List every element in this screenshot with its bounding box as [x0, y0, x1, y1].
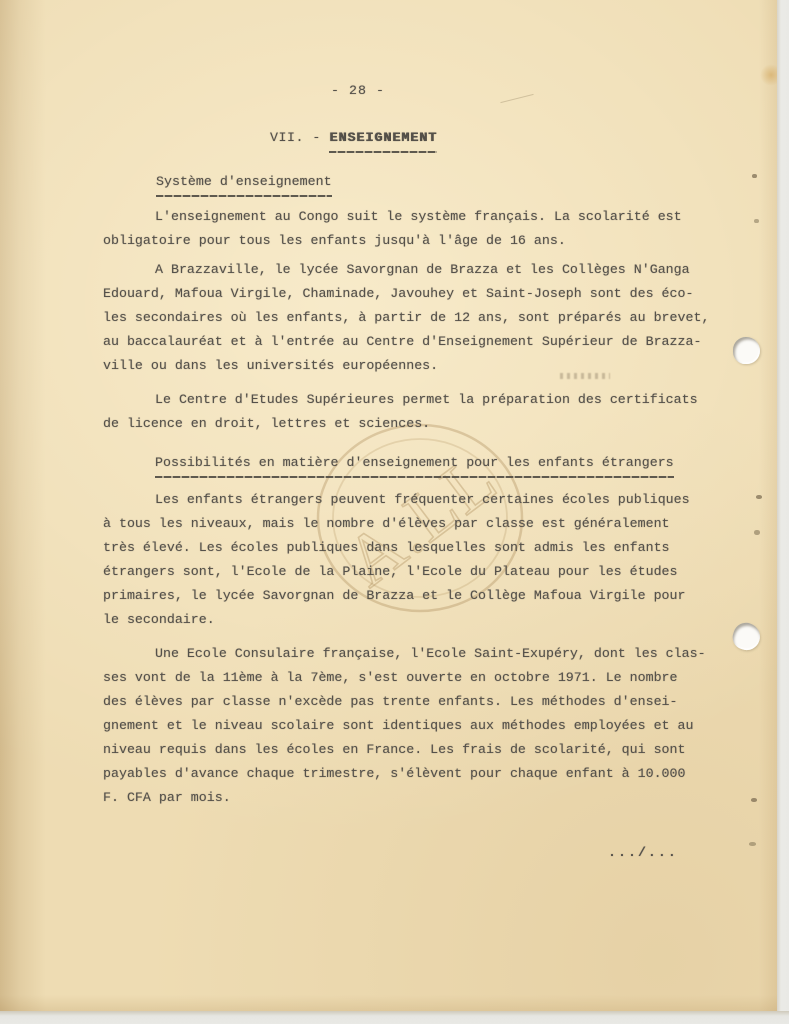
section-heading-systeme: Système d'enseignement [156, 170, 332, 197]
text-line: ville ou dans les universités européenne… [103, 354, 709, 378]
text-line: niveau requis dans les écoles en France.… [103, 738, 706, 762]
text-line: Une Ecole Consulaire française, l'Ecole … [103, 642, 706, 666]
section-heading-label: Possibilités en matière d'enseignement p… [155, 451, 674, 478]
text-line: à tous les niveaux, mais le nombre d'élè… [103, 512, 690, 536]
text-line: des élèves par classe n'excède pas trent… [103, 690, 706, 714]
scanned-document: A.LL - 28 - VII. - ENSEIGNEMENT Système … [0, 0, 789, 1024]
hole-punch-bottom [729, 619, 763, 653]
pencil-speck [754, 219, 759, 223]
paper-page: A.LL - 28 - VII. - ENSEIGNEMENT Système … [0, 0, 777, 1011]
paragraph: A Brazzaville, le lycée Savorgnan de Bra… [103, 258, 709, 378]
pencil-speck [756, 495, 762, 499]
text-line: primaires, le lycée Savorgnan de Brazza … [103, 584, 690, 608]
title-prefix: VII. - [270, 130, 329, 145]
section-heading-possibilites: Possibilités en matière d'enseignement p… [155, 451, 674, 478]
section-heading-label: Système d'enseignement [156, 170, 332, 197]
scanner-background-right [777, 0, 789, 1024]
text-line: payables d'avance chaque trimestre, s'él… [103, 762, 706, 786]
page-title: VII. - ENSEIGNEMENT [270, 126, 437, 153]
text-line: Les enfants étrangers peuvent fréquenter… [103, 488, 690, 512]
text-line: Edouard, Mafoua Virgile, Chaminade, Javo… [103, 282, 709, 306]
paragraph: Les enfants étrangers peuvent fréquenter… [103, 488, 690, 632]
pencil-speck [754, 530, 760, 535]
paragraph: L'enseignement au Congo suit le système … [103, 205, 682, 253]
text-line: le secondaire. [103, 608, 690, 632]
text-line: ses vont de la 11ème à la 7ème, s'est ou… [103, 666, 706, 690]
text-line: étrangers sont, l'Ecole de la Plaine, l'… [103, 560, 690, 584]
pencil-smudge [560, 373, 610, 379]
pencil-speck [752, 174, 757, 178]
pencil-scratch [500, 94, 533, 103]
text-line: gnement et le niveau scolaire sont ident… [103, 714, 706, 738]
text-line: au baccalauréat et à l'entrée au Centre … [103, 330, 709, 354]
text-line: obligatoire pour tous les enfants jusqu'… [103, 229, 682, 253]
text-line: A Brazzaville, le lycée Savorgnan de Bra… [103, 258, 709, 282]
text-line: Le Centre d'Etudes Supérieures permet la… [103, 388, 698, 412]
text-line: L'enseignement au Congo suit le système … [103, 205, 682, 229]
text-line: les secondaires où les enfants, à partir… [103, 306, 709, 330]
text-line: F. CFA par mois. [103, 786, 706, 810]
scanner-background-bottom [0, 1011, 789, 1024]
text-line: très élevé. Les écoles publiques dans le… [103, 536, 690, 560]
pencil-speck [749, 842, 756, 846]
hole-punch-top [733, 337, 760, 364]
text-line: de licence en droit, lettres et sciences… [103, 412, 698, 436]
pencil-speck [751, 798, 757, 802]
page-number: - 28 - [318, 79, 398, 103]
paragraph: Une Ecole Consulaire française, l'Ecole … [103, 642, 706, 810]
paragraph: Le Centre d'Etudes Supérieures permet la… [103, 388, 698, 436]
title-underlined-word: ENSEIGNEMENT [329, 126, 437, 153]
continuation-mark: .../... [608, 841, 678, 865]
